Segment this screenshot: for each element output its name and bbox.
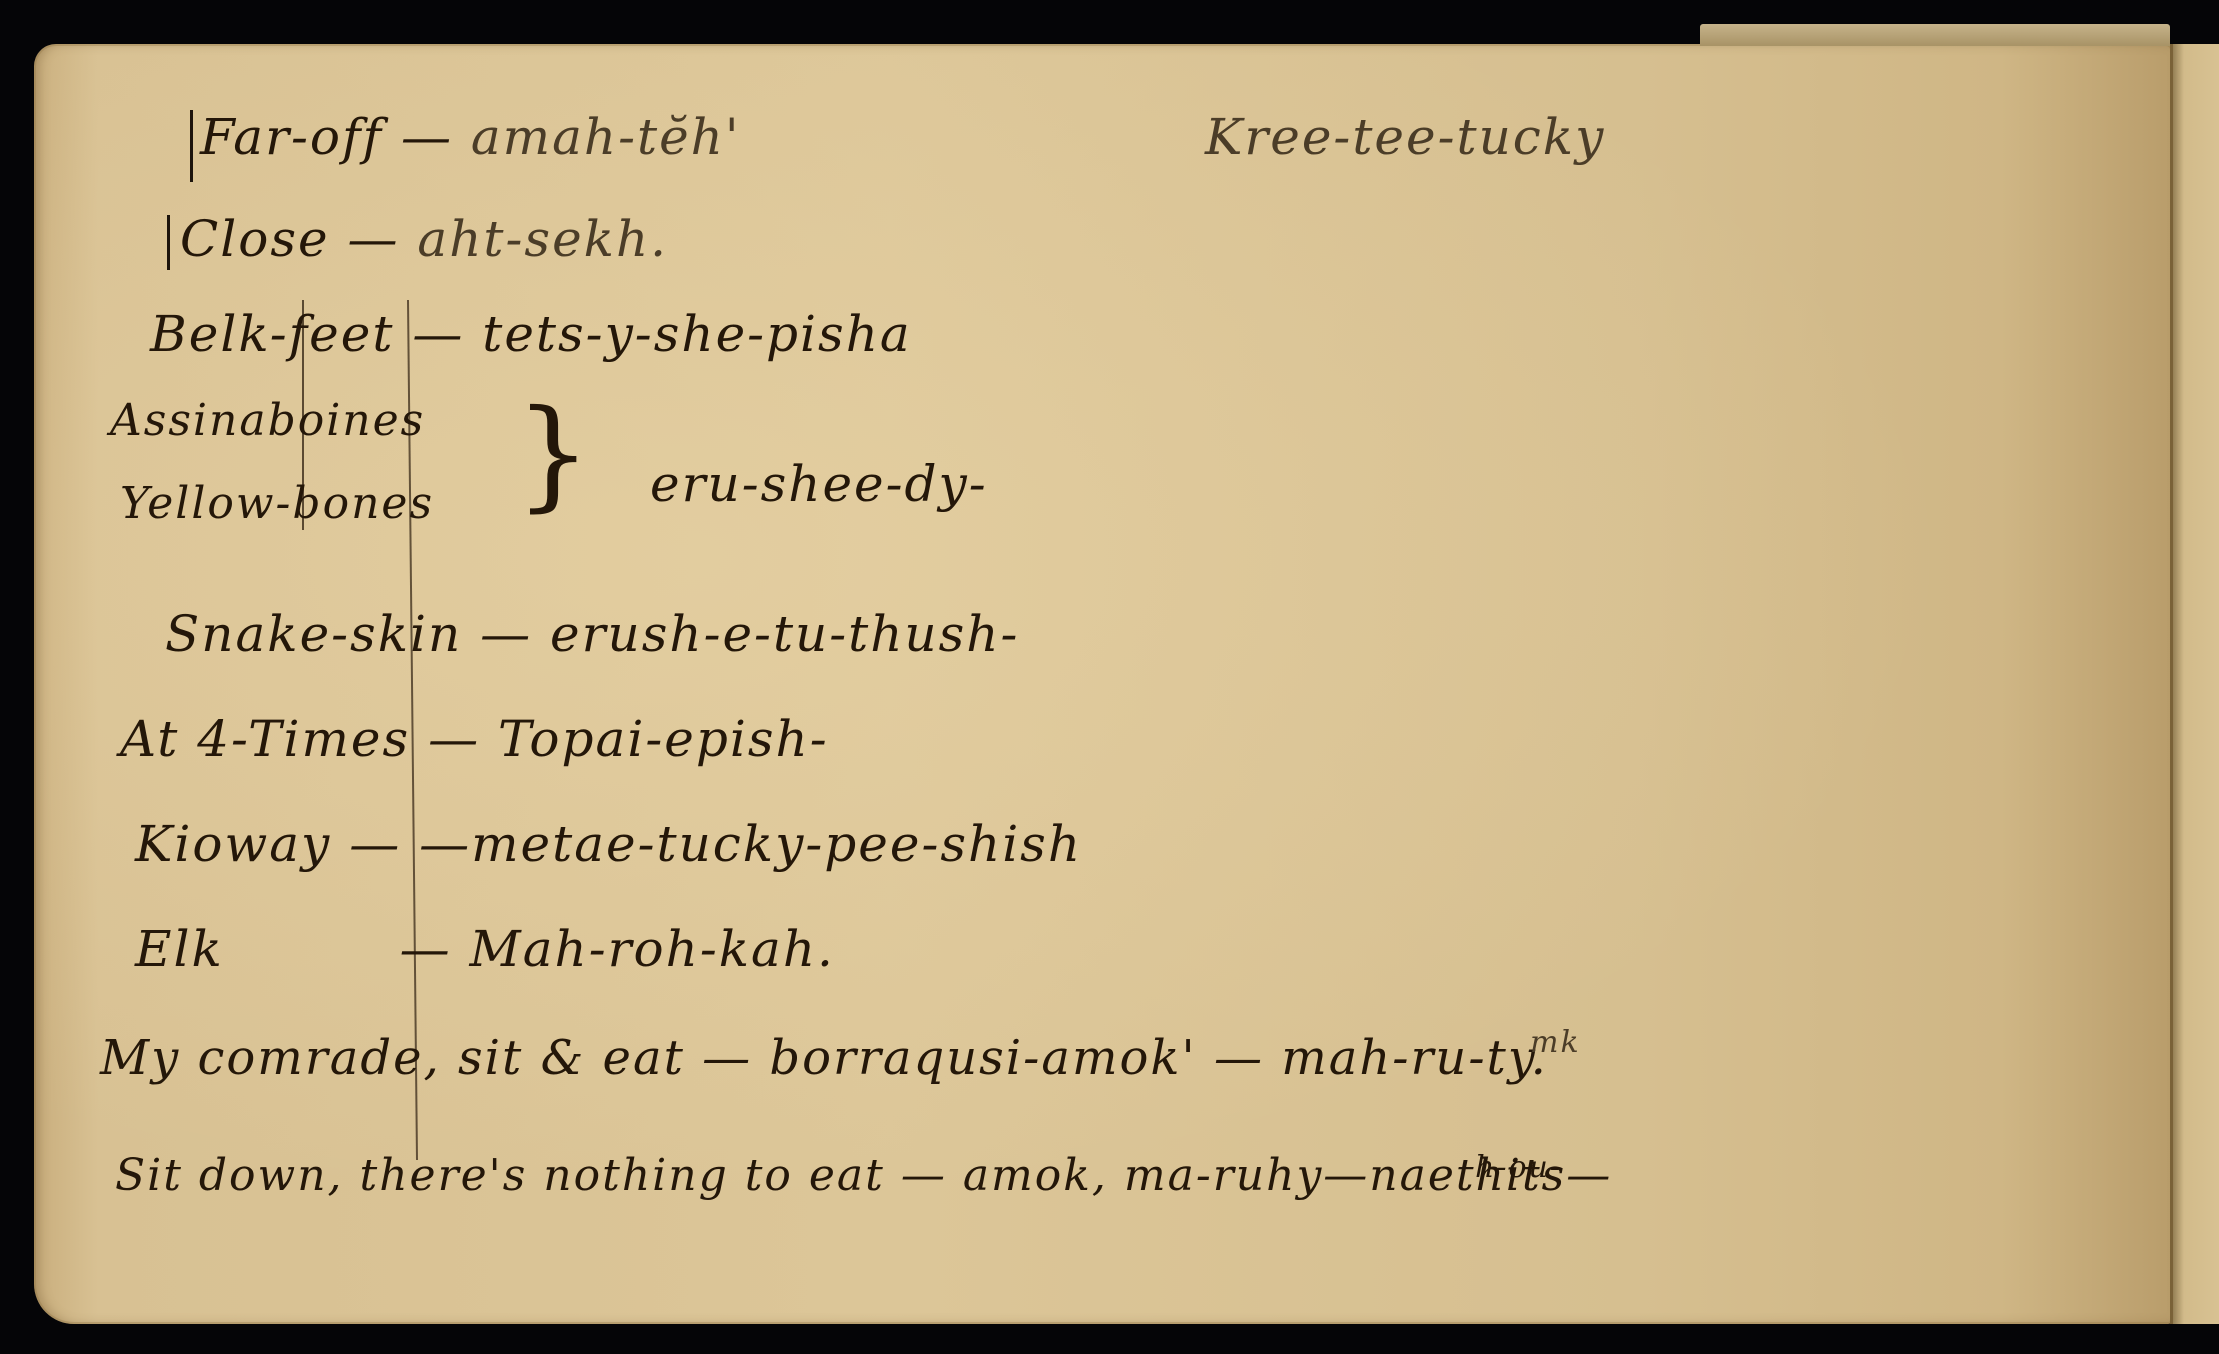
line-5-native: erush-e-tu-thush- (550, 605, 1019, 663)
line-6-english: At 4-Times (120, 710, 410, 768)
line-3-separator: — (412, 305, 464, 363)
line-4a-english: Assinaboines (110, 395, 425, 446)
line-9-native: borraqusi-amok' (769, 1030, 1196, 1086)
bracket-brace: } (515, 395, 591, 515)
line-5-separator: — (480, 605, 532, 663)
line-9-english: My comrade, sit & eat (100, 1030, 685, 1086)
line-8-separator: — (400, 920, 452, 978)
line-6-native: Topai-epish- (498, 710, 829, 768)
line-7: Kioway — —metae-tucky-pee-shish (135, 815, 1082, 873)
line-3-english: Belk-feet (150, 305, 394, 363)
line-10-superscript: h-ou- (1475, 1150, 1562, 1185)
ink-bar-mark (167, 215, 170, 270)
line-10-english: Sit down, there's nothing to eat (115, 1150, 885, 1201)
line-10-separator: — (901, 1150, 947, 1201)
line-7-english: Kioway (135, 815, 331, 873)
facing-page-edge (2172, 44, 2219, 1324)
binding-gutter (2170, 44, 2173, 1324)
line-2-english: Close (180, 210, 330, 268)
line-9-separator: — (702, 1030, 752, 1086)
line-1-native: amah-tĕh' (471, 108, 741, 166)
line-2: Close — aht-sekh. (180, 210, 668, 268)
line-7-native: —metae-tucky-pee-shish (419, 815, 1082, 873)
page-stack-edge (1700, 24, 2170, 46)
line-6-separator: — (428, 710, 480, 768)
line-4-native: eru-shee-dy- (650, 455, 988, 513)
line-2-native: aht-sekh. (417, 210, 668, 268)
line-1: Far-off — amah-tĕh' (200, 108, 741, 166)
line-9: My comrade, sit & eat — borraqusi-amok' … (100, 1030, 1548, 1086)
line-8-native: Mah-roh-kah. (470, 920, 835, 978)
line-8: Elk — Mah-roh-kah. (135, 920, 835, 978)
line-9-native-continued: — mah-ru-ty. (1214, 1030, 1548, 1086)
line-7-separator: — (349, 815, 401, 873)
ink-bar-mark (190, 110, 193, 182)
line-5-english: Snake-skin (165, 605, 462, 663)
line-9-superscript: mk (1530, 1025, 1581, 1060)
line-10: Sit down, there's nothing to eat — amok,… (115, 1150, 1612, 1201)
line-5: Snake-skin — erush-e-tu-thush- (165, 605, 1019, 663)
line-1-english: Far-off (200, 108, 383, 166)
line-2-separator: — (348, 210, 400, 268)
line-1-note: Kree-tee-tucky (1205, 108, 1605, 166)
line-4b-english: Yellow-bones (120, 478, 434, 529)
line-8-english: Elk (135, 920, 224, 978)
line-6: At 4-Times — Topai-epish- (120, 710, 829, 768)
line-3: Belk-feet — tets-y-she-pisha (150, 305, 912, 363)
line-1-separator: — (401, 108, 453, 166)
line-3-native: tets-y-she-pisha (482, 305, 912, 363)
